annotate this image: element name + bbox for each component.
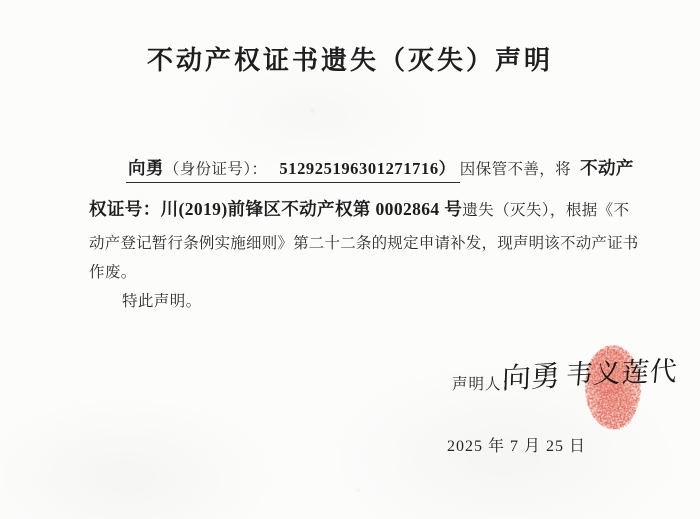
declaration-date: 2025 年 7 月 25 日 — [447, 433, 586, 456]
id-number: 512925196301271716） — [279, 159, 455, 178]
scanned-declaration-page: 不动产权证书遗失（灭失）声明 向勇（身份证号）：5129251963012717… — [0, 0, 700, 519]
body-line-2: 权证号：川(2019)前锋区不动产权第 0002864 号遗失（灭失），根据《不 — [89, 199, 619, 221]
id-label: （身份证号）： — [164, 161, 268, 178]
body-line-1: 向勇（身份证号）：512925196301271716）因保管不善，将不动产 — [89, 158, 656, 183]
body-line-3: 动产登记暂行条例实施细则》第二十二条的规定申请补发，现声明该不动产证书 — [89, 234, 619, 254]
body-text-after-id: 因保管不善，将 — [460, 161, 571, 178]
scan-artifact-dot — [311, 109, 314, 112]
closing-statement: 特此声明。 — [89, 292, 652, 312]
certificate-number: 权证号：川(2019)前锋区不动产权第 0002864 号 — [89, 199, 462, 219]
scan-artifact-dot — [357, 489, 360, 491]
handwritten-signature-2: 韦义莲代 — [564, 349, 679, 392]
body-line-4: 作废。 — [89, 263, 619, 283]
declarant-name: 向勇 — [128, 158, 164, 178]
filled-blank-underline: 向勇（身份证号）：512925196301271716） — [126, 158, 460, 183]
certificate-label-part1: 不动产 — [580, 158, 634, 178]
handwritten-signature-1: 向勇 — [501, 353, 560, 397]
body-text-lost-clause: 遗失（灭失），根据《不 — [462, 202, 629, 219]
page-title: 不动产权证书遗失（灭失）声明 — [0, 40, 700, 77]
